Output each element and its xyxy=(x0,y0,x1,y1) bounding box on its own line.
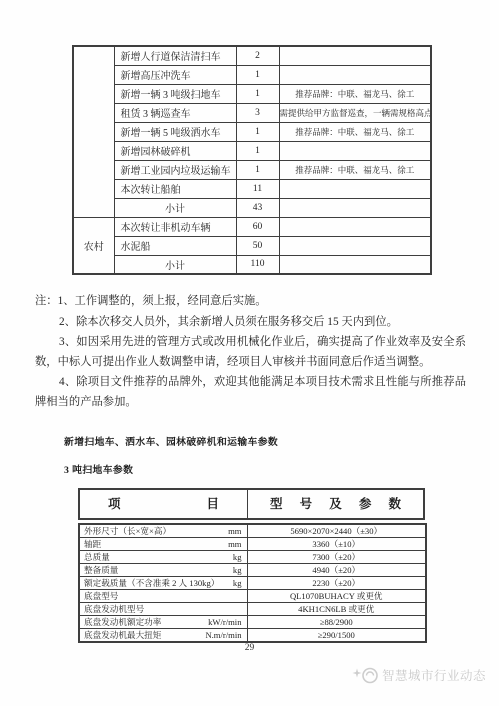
spec-row: 整备质量kg 4940（±20） xyxy=(79,564,426,577)
spec-row: 外形尺寸（长×宽×高）mm 5690×2070×2440（±30） xyxy=(79,524,426,538)
spec-name: 额定载质量（不含准乘 2 人 130kg） xyxy=(84,577,219,589)
subtotal-label-cell: 小计 xyxy=(114,198,236,217)
item-cell: 新增高压冲洗车 xyxy=(114,65,236,84)
spec-table: 外形尺寸（长×宽×高）mm 5690×2070×2440（±30） 轴距mm 3… xyxy=(78,523,427,643)
remark-cell: 推荐品牌：中联、福龙马、徐工 xyxy=(279,122,431,141)
table-row: 水泥船 50 xyxy=(73,236,431,255)
table-row: 新增一辆 5 吨级洒水车 1 推荐品牌：中联、福龙马、徐工 xyxy=(73,122,431,141)
spec-name: 外形尺寸（长×宽×高） xyxy=(84,525,171,537)
watermark: 智慧城市行业动态 xyxy=(352,666,486,684)
spec-value: 5690×2070×2440（±30） xyxy=(247,524,426,538)
spec-value: ≥290/1500 xyxy=(247,629,426,643)
group-label-cell xyxy=(73,46,114,217)
spec-name: 轴距 xyxy=(84,538,101,550)
spec-value: 4940（±20） xyxy=(247,564,426,577)
qty-cell: 3 xyxy=(236,103,279,122)
note-line-2: 2、除本次移交人员外，其余新增人员须在服务移交后 15 天内到位。 xyxy=(35,313,466,333)
spec-value: 2230（±20） xyxy=(247,577,426,590)
table-row: 新增人行道保洁清扫车 2 xyxy=(73,46,431,65)
remark-cell xyxy=(279,46,431,65)
table-row: 租赁 3 辆巡查车 3 需提供给甲方监督巡查，一辆需规格高点 xyxy=(73,103,431,122)
page-number: 29 xyxy=(0,643,499,653)
document-page: 新增人行道保洁清扫车 2 新增高压冲洗车 1 新增一辆 3 吨级扫地车 1 推荐… xyxy=(0,0,499,706)
spec-unit: mm xyxy=(228,539,241,549)
spec-row: 额定载质量（不含准乘 2 人 130kg）kg 2230（±20） xyxy=(79,577,426,590)
table-row: 新增工业园内垃圾运输车 1 推荐品牌：中联、福龙马、徐工 xyxy=(73,160,431,179)
spec-value: 4KH1CN6LB 或更优 xyxy=(247,603,426,616)
spec-unit: kg xyxy=(233,552,242,562)
remark-cell: 需提供给甲方监督巡查，一辆需规格高点 xyxy=(279,103,431,122)
spec-unit: kg xyxy=(233,578,242,588)
group-label-cell-rural: 农村 xyxy=(73,217,114,274)
remark-cell xyxy=(279,65,431,84)
table-row: 农村 本次转让非机动车辆 60 xyxy=(73,217,431,236)
spec-table-header: 项目 型号及参数 xyxy=(78,488,425,520)
watermark-text: 智慧城市行业动态 xyxy=(382,666,486,684)
item-cell: 新增一辆 5 吨级洒水车 xyxy=(114,122,236,141)
subtotal-row: 小计 43 xyxy=(73,198,431,217)
note-line-3: 3、如因采用先进的管理方式或改用机械化作业后，确实提高了作业效率及安全系数，中标… xyxy=(35,333,466,372)
section-heading: 新增扫地车、洒水车、园林破碎机和运输车参数 xyxy=(64,434,278,448)
spec-value: ≥88/2900 xyxy=(247,616,426,629)
table-row: 新增高压冲洗车 1 xyxy=(73,65,431,84)
note-line-1: 注：1、工作调整的，须上报，经同意后实施。 xyxy=(35,292,466,312)
qty-cell: 2 xyxy=(236,46,279,65)
table-row: 新增一辆 3 吨级扫地车 1 推荐品牌：中联、福龙马、徐工 xyxy=(73,84,431,103)
item-cell: 本次转让船舶 xyxy=(114,179,236,198)
spec-header-value-col: 型号及参数 xyxy=(248,490,423,518)
table-row: 本次转让船舶 11 xyxy=(73,179,431,198)
remark-cell: 推荐品牌：中联、福龙马、徐工 xyxy=(279,160,431,179)
spec-value: 3360（±10） xyxy=(247,538,426,551)
qty-cell: 1 xyxy=(236,65,279,84)
spec-name: 底盘发动机最大扭矩 xyxy=(84,629,161,641)
item-cell: 新增园林破碎机 xyxy=(114,141,236,160)
vehicle-allocation-table: 新增人行道保洁清扫车 2 新增高压冲洗车 1 新增一辆 3 吨级扫地车 1 推荐… xyxy=(72,45,432,275)
spec-row: 底盘发动机型号 4KH1CN6LB 或更优 xyxy=(79,603,426,616)
remark-cell xyxy=(279,255,431,274)
qty-cell: 60 xyxy=(236,217,279,236)
item-cell: 水泥船 xyxy=(114,236,236,255)
remark-cell xyxy=(279,236,431,255)
spec-name: 底盘发动机型号 xyxy=(84,603,144,615)
subtotal-qty-cell: 110 xyxy=(236,255,279,274)
table-row: 新增园林破碎机 1 xyxy=(73,141,431,160)
qty-cell: 1 xyxy=(236,141,279,160)
subtotal-qty-cell: 43 xyxy=(236,198,279,217)
subsection-heading: 3 吨扫地车参数 xyxy=(64,462,133,476)
spec-header-item-col: 项目 xyxy=(80,490,248,518)
item-cell: 新增工业园内垃圾运输车 xyxy=(114,160,236,179)
spec-row: 总质量kg 7300（±20） xyxy=(79,551,426,564)
remark-cell xyxy=(279,141,431,160)
subtotal-row: 小计 110 xyxy=(73,255,431,274)
spec-unit: N.m/r/min xyxy=(205,630,241,640)
remark-cell: 推荐品牌：中联、福龙马、徐工 xyxy=(279,84,431,103)
watermark-logo-icon xyxy=(352,667,379,684)
qty-cell: 11 xyxy=(236,179,279,198)
spec-unit: kW/r/min xyxy=(208,617,241,627)
qty-cell: 1 xyxy=(236,160,279,179)
qty-cell: 50 xyxy=(236,236,279,255)
spec-row: 底盘发动机额定功率kW/r/min ≥88/2900 xyxy=(79,616,426,629)
item-cell: 本次转让非机动车辆 xyxy=(114,217,236,236)
spec-name: 底盘型号 xyxy=(84,590,118,602)
remark-cell xyxy=(279,217,431,236)
notes-block: 注：1、工作调整的，须上报，经同意后实施。 2、除本次移交人员外，其余新增人员须… xyxy=(35,292,466,414)
spec-value: QL1070BUHACY 或更优 xyxy=(247,590,426,603)
spec-name: 底盘发动机额定功率 xyxy=(84,616,161,628)
spec-row: 轴距mm 3360（±10） xyxy=(79,538,426,551)
spec-unit: mm xyxy=(228,526,241,536)
subtotal-label-cell: 小计 xyxy=(114,255,236,274)
spec-unit: kg xyxy=(233,565,242,575)
remark-cell xyxy=(279,198,431,217)
item-cell: 新增一辆 3 吨级扫地车 xyxy=(114,84,236,103)
remark-cell xyxy=(279,179,431,198)
spec-row: 底盘发动机最大扭矩N.m/r/min ≥290/1500 xyxy=(79,629,426,643)
item-cell: 租赁 3 辆巡查车 xyxy=(114,103,236,122)
note-line-4: 4、除项目文件推荐的品牌外，欢迎其他能满足本项目技术需求且性能与所推荐品牌相当的… xyxy=(35,373,466,412)
qty-cell: 1 xyxy=(236,122,279,141)
item-cell: 新增人行道保洁清扫车 xyxy=(114,46,236,65)
spec-row: 底盘型号 QL1070BUHACY 或更优 xyxy=(79,590,426,603)
qty-cell: 1 xyxy=(236,84,279,103)
spec-value: 7300（±20） xyxy=(247,551,426,564)
spec-name: 总质量 xyxy=(84,551,110,563)
spec-name: 整备质量 xyxy=(84,564,118,576)
